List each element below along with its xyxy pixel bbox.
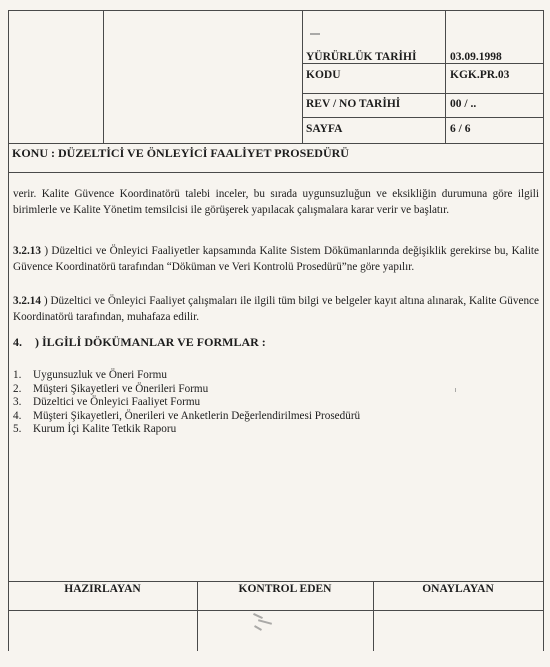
value-column-divider — [445, 10, 446, 143]
checked-by-header: KONTROL EDEN — [197, 583, 373, 595]
list-index: 4. — [13, 410, 33, 424]
scan-mark — [310, 33, 320, 35]
document-subject: KONU : DÜZELTİCİ VE ÖNLEYİCİ FAALİYET PR… — [12, 146, 349, 161]
list-item: 2.Müşteri Şikayetleri ve Önerileri Formu — [13, 383, 360, 397]
list-text: Müşteri Şikayetleri, Önerileri ve Anketl… — [33, 410, 360, 422]
related-documents-heading: 4.) İLGİLİ DÖKÜMANLAR VE FORMLAR : — [13, 335, 266, 350]
revision-value: 00 / .. — [450, 97, 476, 111]
page-value: 6 / 6 — [450, 122, 470, 136]
section-number: 4. — [13, 335, 35, 350]
paragraph-number: 3.2.14 — [13, 295, 41, 307]
frame-left-border — [8, 10, 9, 651]
list-item: 5.Kurum İçi Kalite Tetkik Raporu — [13, 423, 360, 437]
list-item: 1.Uygunsuzluk ve Öneri Formu — [13, 369, 360, 383]
paragraph-3-2-14: 3.2.14 ) Düzeltici ve Önleyici Faaliyet … — [13, 293, 539, 325]
code-value: KGK.PR.03 — [450, 68, 509, 82]
code-label: KODU — [306, 68, 341, 82]
list-text: Uygunsuzluk ve Öneri Formu — [33, 369, 167, 381]
list-text: Müşteri Şikayetleri ve Önerileri Formu — [33, 383, 208, 395]
paragraph-text: ) Düzeltici ve Önleyici Faaliyetler kaps… — [13, 245, 539, 273]
list-index: 1. — [13, 369, 33, 383]
prepared-by-header: HAZIRLAYAN — [8, 583, 197, 595]
logo-cell-divider — [103, 10, 104, 143]
list-index: 2. — [13, 383, 33, 397]
list-item: 4.Müşteri Şikayetleri, Önerileri ve Anke… — [13, 410, 360, 424]
continuation-paragraph: verir. Kalite Güvence Koordinatörü taleb… — [13, 186, 539, 218]
frame-top-border — [8, 10, 544, 11]
list-text: Kurum İçi Kalite Tetkik Raporu — [33, 423, 176, 435]
checked-by-signature-area — [198, 611, 373, 651]
list-index: 3. — [13, 396, 33, 410]
frame-right-border — [543, 10, 544, 651]
paragraph-number: 3.2.13 — [13, 245, 41, 257]
list-item: 3.Düzeltici ve Önleyici Faaliyet Formu — [13, 396, 360, 410]
paragraph-text: ) Düzeltici ve Önleyici Faaliyet çalışma… — [13, 295, 539, 323]
document-page: YÜRÜRLÜK TARİHİ 03.09.1998 KODU KGK.PR.0… — [0, 0, 550, 667]
list-text: Düzeltici ve Önleyici Faaliyet Formu — [33, 396, 200, 408]
signature-top-border — [8, 581, 544, 582]
page-label: SAYFA — [306, 122, 342, 136]
related-documents-list: 1.Uygunsuzluk ve Öneri Formu 2.Müşteri Ş… — [13, 369, 360, 437]
section-title: ) İLGİLİ DÖKÜMANLAR VE FORMLAR : — [35, 335, 266, 349]
revision-label: REV / NO TARİHİ — [306, 97, 400, 111]
effective-date-label: YÜRÜRLÜK TARİHİ — [306, 50, 416, 64]
paragraph-3-2-13: 3.2.13 ) Düzeltici ve Önleyici Faaliyetl… — [13, 243, 539, 275]
approved-by-header: ONAYLAYAN — [373, 583, 543, 595]
list-index: 5. — [13, 423, 33, 437]
scan-mark — [455, 388, 456, 392]
title-cell-divider — [302, 10, 303, 143]
effective-date-value: 03.09.1998 — [450, 50, 502, 64]
header-row-divider-2 — [302, 93, 544, 94]
approved-by-signature-area — [374, 611, 543, 651]
subject-bottom-border — [8, 172, 544, 173]
header-row-divider-3 — [302, 117, 544, 118]
prepared-by-signature-area — [9, 611, 197, 651]
header-bottom-border — [8, 143, 544, 144]
